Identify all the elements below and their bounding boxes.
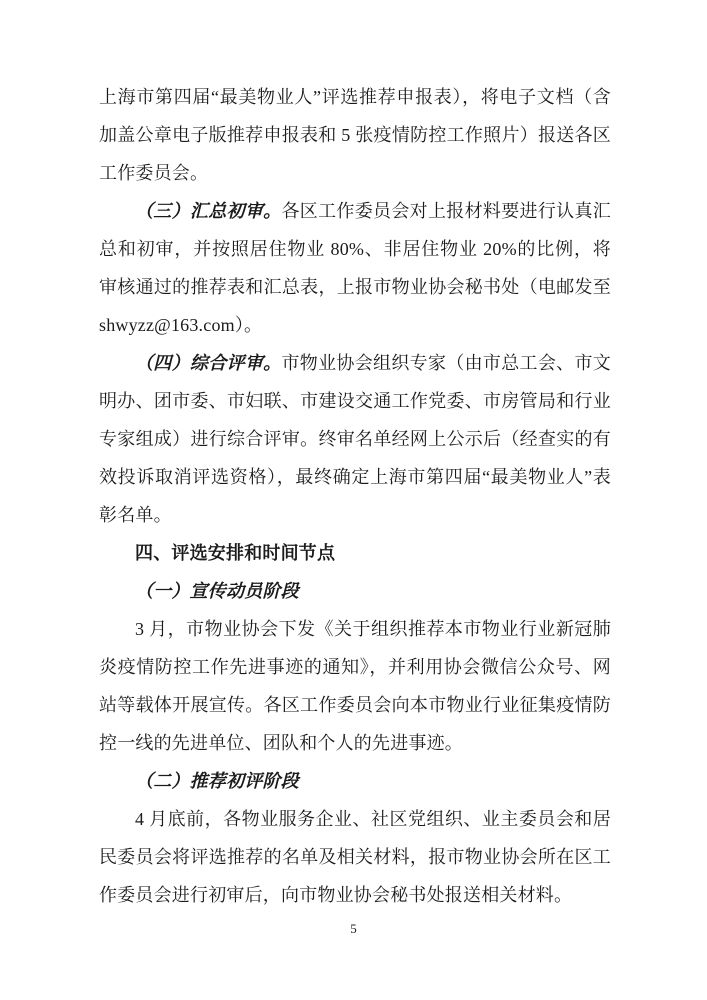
document-page: 上海市第四届“最美物业人”评选推荐申报表），将电子文档（含加盖公章电子版推荐申报… xyxy=(0,0,707,1000)
stage-2-paragraph: 4 月底前，各物业服务企业、社区党组织、业主委员会和居民委员会将评选推荐的名单及… xyxy=(99,800,611,914)
stage-1-heading: （一）宣传动员阶段 xyxy=(99,572,611,610)
paragraph-continuation: 上海市第四届“最美物业人”评选推荐申报表），将电子文档（含加盖公章电子版推荐申报… xyxy=(99,78,611,192)
page-body: 上海市第四届“最美物业人”评选推荐申报表），将电子文档（含加盖公章电子版推荐申报… xyxy=(99,78,611,914)
item-3-lead-label: （三）汇总初审。 xyxy=(135,201,282,221)
stage-1-paragraph: 3 月，市物业协会下发《关于组织推荐本市物业行业新冠肺炎疫情防控工作先进事迹的通… xyxy=(99,610,611,762)
paragraph-item-4: （四）综合评审。市物业协会组织专家（由市总工会、市文明办、团市委、市妇联、市建设… xyxy=(99,344,611,534)
stage-2-heading: （二）推荐初评阶段 xyxy=(99,762,611,800)
paragraph-item-3: （三）汇总初审。各区工作委员会对上报材料要进行认真汇总和初审，并按照居住物业 8… xyxy=(99,192,611,344)
item-3-body-text: 各区工作委员会对上报材料要进行认真汇总和初审，并按照居住物业 80%、非居住物业… xyxy=(99,201,611,335)
page-number: 5 xyxy=(350,921,357,936)
item-4-lead-label: （四）综合评审。 xyxy=(135,353,282,373)
page-footer: 5 xyxy=(0,919,707,939)
section-heading: 四、评选安排和时间节点 xyxy=(99,534,611,572)
item-4-body-text: 市物业协会组织专家（由市总工会、市文明办、团市委、市妇联、市建设交通工作党委、市… xyxy=(99,353,611,525)
